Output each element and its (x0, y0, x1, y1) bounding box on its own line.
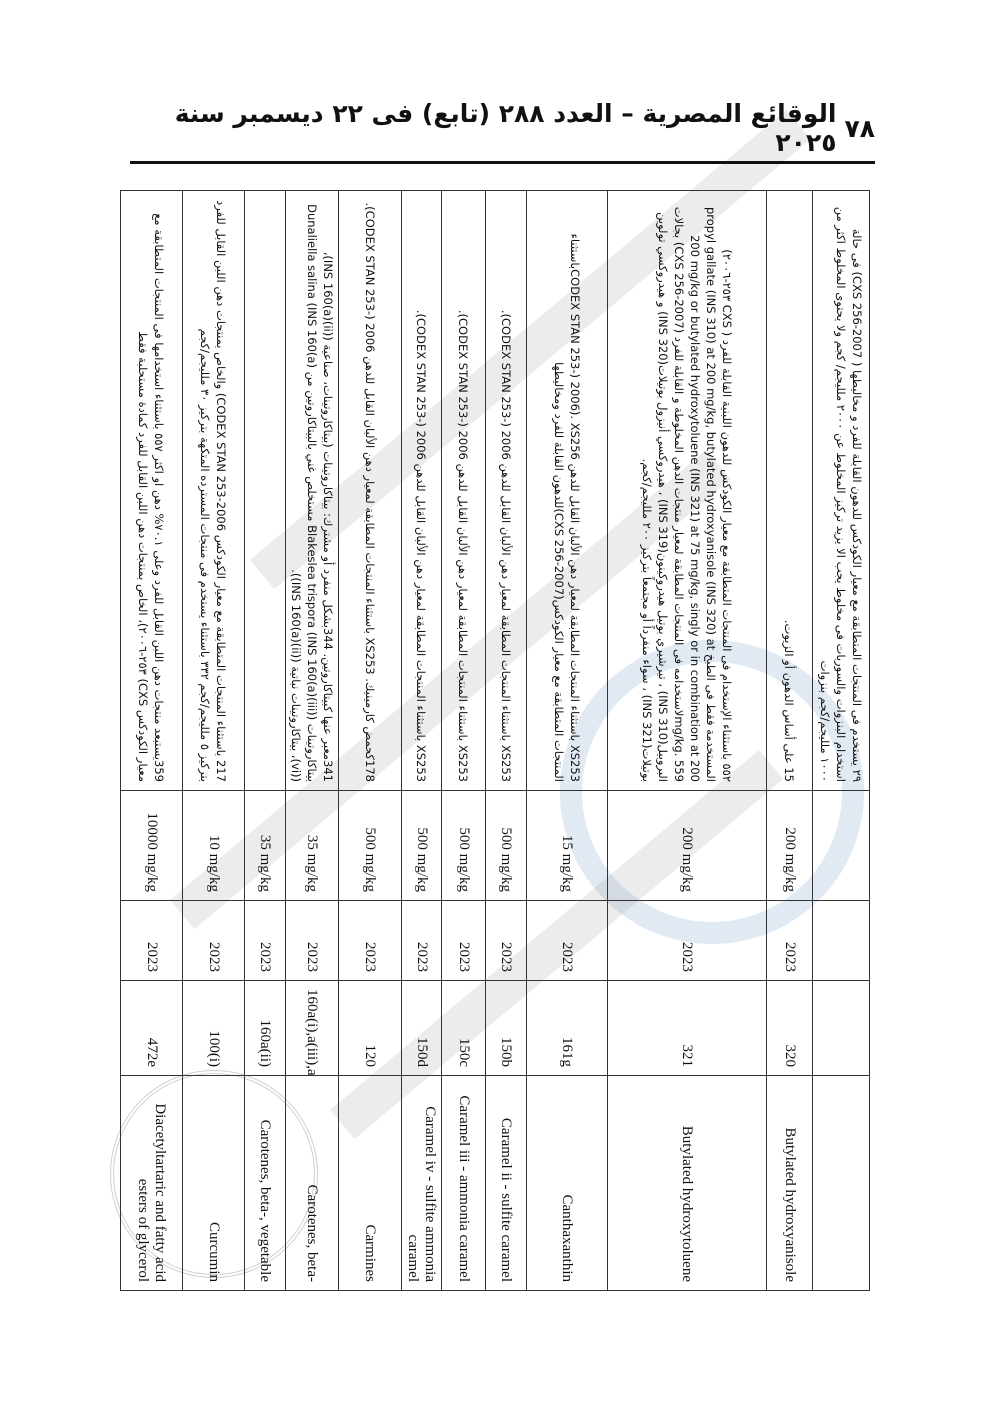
year-cell: 2023 (245, 901, 286, 981)
year-cell: 2023 (183, 901, 245, 981)
notes-cell: XS253 باستثناء المنتجات المطابقة لمعيار … (442, 191, 486, 791)
max-level-cell: 200 mg/kg (608, 791, 767, 901)
header-divider (130, 161, 875, 164)
additive-name-cell: Canthaxanthin (527, 1076, 608, 1291)
additive-name-cell (813, 1076, 870, 1291)
notes-cell: ٢٩ يستخدم فى المنتجات المتطابقة مع معيار… (813, 191, 870, 791)
year-cell: 2023 (286, 901, 339, 981)
additive-name-cell: Carotenes, beta-, vegetable (245, 1076, 286, 1291)
table-row: 178كحمض كارمينيك. XS253 باستثناء المنتجا… (339, 191, 402, 1291)
notes-cell: 178كحمض كارمينيك. XS253 باستثناء المنتجا… (339, 191, 402, 791)
ins-number-cell: 320 (767, 981, 813, 1076)
additive-name-cell: Carmines (339, 1076, 402, 1291)
max-level-cell: 500 mg/kg (486, 791, 527, 901)
ins-number-cell: 160a(i),a(iii),a(iv) (286, 981, 339, 1076)
ins-number-cell (813, 981, 870, 1076)
year-cell (813, 901, 870, 981)
year-cell: 2023 (527, 901, 608, 981)
additive-name-cell: Caramel iii - ammonia caramel (442, 1076, 486, 1291)
year-cell: 2023 (402, 901, 442, 981)
ins-number-cell: 100(i) (183, 981, 245, 1076)
max-level-cell: 35 mg/kg (245, 791, 286, 901)
notes-cell: 15 على أساس الدهون أو الزيوت. (767, 191, 813, 791)
notes-cell: XS253 باستثناء المنتجات المطابقة لمعيار … (486, 191, 527, 791)
notes-cell (245, 191, 286, 791)
year-cell: 2023 (767, 901, 813, 981)
additive-name-cell: Butylated hydroxytoluene (608, 1076, 767, 1291)
notes-cell: XS253 باستثناء المنتجات المطابقة لمعيار … (527, 191, 608, 791)
table-row: XS253 باستثناء المنتجات المطابقة لمعيار … (527, 191, 608, 1291)
max-level-cell: 10 mg/kg (183, 791, 245, 901)
max-level-cell (813, 791, 870, 901)
year-cell: 2023 (339, 901, 402, 981)
ins-number-cell: 150b (486, 981, 527, 1076)
year-cell: 2023 (442, 901, 486, 981)
additives-table-rotated: ٢٩ يستخدم فى المنتجات المتطابقة مع معيار… (133, 190, 870, 1290)
additive-name-cell: Diacetyltartaric and fatty acid esters o… (121, 1076, 183, 1291)
table-row: XS253 باستثناء المنتجات المطابقة لمعيار … (442, 191, 486, 1291)
ins-number-cell: 120 (339, 981, 402, 1076)
table-row: 341معبر عنها كبيتاكاروتين. 344بشكل منفرد… (286, 191, 339, 1291)
table-row: ٢٩ يستخدم فى المنتجات المتطابقة مع معيار… (813, 191, 870, 1291)
ins-number-cell: 160a(ii) (245, 981, 286, 1076)
page-number: ٧٨ (844, 114, 875, 143)
max-level-cell: 200 mg/kg (767, 791, 813, 901)
ins-number-cell: 161g (527, 981, 608, 1076)
additive-name-cell: Caramel ii - sulfite caramel (486, 1076, 527, 1291)
year-cell: 2023 (486, 901, 527, 981)
ins-number-cell: 150d (402, 981, 442, 1076)
notes-cell: 359يستبعد منتجات دهن اللبن القابل للفرد … (121, 191, 183, 791)
table-row: 15 على أساس الدهون أو الزيوت.200 mg/kg20… (767, 191, 813, 1291)
max-level-cell: 500 mg/kg (402, 791, 442, 901)
notes-cell: 217 باستثناء المنتجات المتطابقة مع معيار… (183, 191, 245, 791)
notes-cell: ٥٥٢ باستثناء الإستخدام فى المنتجات المتط… (608, 191, 767, 791)
max-level-cell: 500 mg/kg (442, 791, 486, 901)
table-row: XS253 باستثناء المنتجات المطابقة لمعيار … (486, 191, 527, 1291)
table-row: 35 mg/kg2023160a(ii)Carotenes, beta-, ve… (245, 191, 286, 1291)
notes-cell: XS253 باستثناء المنتجات المطابقة لمعيار … (402, 191, 442, 791)
table-row: ٥٥٢ باستثناء الإستخدام فى المنتجات المتط… (608, 191, 767, 1291)
ins-number-cell: 321 (608, 981, 767, 1076)
table-row: 217 باستثناء المنتجات المتطابقة مع معيار… (183, 191, 245, 1291)
additive-name-cell: Caramel iv - sulfite ammonia caramel (402, 1076, 442, 1291)
additive-name-cell: Curcumin (183, 1076, 245, 1291)
table-row: XS253 باستثناء المنتجات المطابقة لمعيار … (402, 191, 442, 1291)
max-level-cell: 10000 mg/kg (121, 791, 183, 901)
gazette-title: الوقائع المصرية – العدد ٢٨٨ (تابع) فى ٢٢… (130, 99, 836, 157)
year-cell: 2023 (608, 901, 767, 981)
table-row: 359يستبعد منتجات دهن اللبن القابل للفرد … (121, 191, 183, 1291)
ins-number-cell: 150c (442, 981, 486, 1076)
additives-table: ٢٩ يستخدم فى المنتجات المتطابقة مع معيار… (120, 190, 870, 1291)
year-cell: 2023 (121, 901, 183, 981)
additive-name-cell: Butylated hydroxyanisole (767, 1076, 813, 1291)
max-level-cell: 500 mg/kg (339, 791, 402, 901)
notes-cell: 341معبر عنها كبيتاكاروتين. 344بشكل منفرد… (286, 191, 339, 791)
page-header: ٧٨ الوقائع المصرية – العدد ٢٨٨ (تابع) فى… (130, 108, 875, 148)
max-level-cell: 35 mg/kg (286, 791, 339, 901)
max-level-cell: 15 mg/kg (527, 791, 608, 901)
ins-number-cell: 472e (121, 981, 183, 1076)
additive-name-cell: Carotenes, beta- (286, 1076, 339, 1291)
